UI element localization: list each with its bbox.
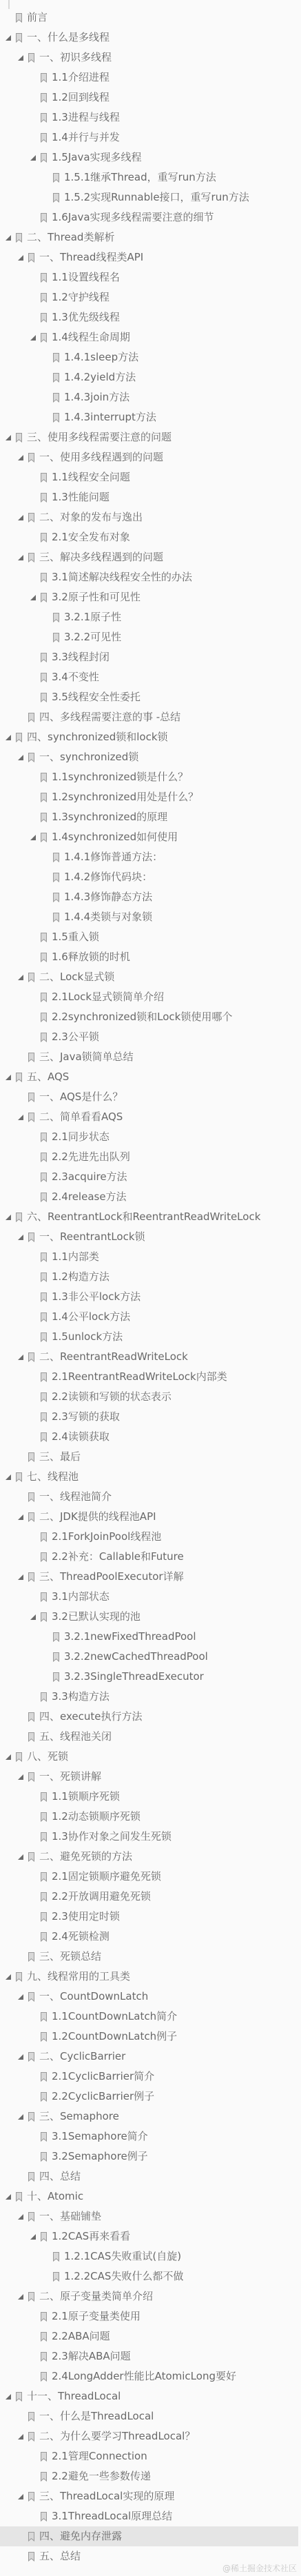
bookmark-item[interactable]: 1.2.1CAS失败重试(自旋) xyxy=(0,2247,298,2266)
bookmark-item[interactable]: 二、Lock显式锁 xyxy=(0,967,298,987)
bookmark-item[interactable]: 四、execute执行方法 xyxy=(0,1707,298,1727)
bookmark-label: 3.2.1newFixedThreadPool xyxy=(64,1627,196,1647)
expand-triangle-icon[interactable] xyxy=(30,2074,40,2080)
expand-triangle-icon[interactable] xyxy=(18,2054,28,2060)
expand-triangle-icon[interactable] xyxy=(43,2274,52,2280)
bookmark-item[interactable]: 1.3synchronized的原理 xyxy=(0,807,298,827)
bookmark-item[interactable]: 1.4.3修饰静态方法 xyxy=(0,887,298,907)
expand-triangle-icon[interactable] xyxy=(18,2554,28,2559)
bookmark-item[interactable]: 1.1CountDownLatch简介 xyxy=(0,2007,298,2027)
expand-triangle-icon[interactable] xyxy=(30,1375,40,1380)
expand-triangle-icon[interactable] xyxy=(18,1994,28,2000)
expand-triangle-icon[interactable] xyxy=(30,535,40,540)
expand-triangle-icon[interactable] xyxy=(18,1954,28,1960)
expand-triangle-icon[interactable] xyxy=(30,675,40,680)
expand-triangle-icon[interactable] xyxy=(43,915,52,920)
expand-triangle-icon[interactable] xyxy=(18,715,28,720)
bookmark-item[interactable]: 1.1锁顺序死锁 xyxy=(0,1787,298,1807)
bookmark-icon xyxy=(40,573,48,582)
expand-triangle-icon[interactable] xyxy=(30,695,40,700)
bookmark-item[interactable]: 2.1Lock显式锁简单介绍 xyxy=(0,987,298,1007)
bookmark-label: 3.1ThreadLocal原理总结 xyxy=(52,2506,172,2526)
expand-triangle-icon[interactable] xyxy=(43,875,52,880)
expand-triangle-icon[interactable] xyxy=(30,275,40,281)
expand-triangle-icon[interactable] xyxy=(18,515,28,520)
bookmark-icon xyxy=(40,333,48,343)
expand-triangle-icon[interactable] xyxy=(30,1694,40,1700)
bookmark-icon xyxy=(40,673,48,682)
bookmark-item[interactable]: 2.3公平锁 xyxy=(0,1027,298,1047)
bookmark-item[interactable]: 2.3acquire方法 xyxy=(0,1167,298,1187)
bookmark-label: 2.1同步状态 xyxy=(52,1127,110,1147)
expand-triangle-icon[interactable] xyxy=(30,995,40,1000)
bookmark-label: 四、多线程需要注意的事 -总结 xyxy=(39,707,180,727)
bookmark-item[interactable]: 二、Thread类解析 xyxy=(0,227,298,247)
expand-triangle-icon[interactable] xyxy=(18,1454,28,1460)
expand-triangle-icon[interactable] xyxy=(30,1135,40,1140)
bookmark-item[interactable]: 3.1ThreadLocal原理总结 xyxy=(0,2506,298,2526)
expand-triangle-icon[interactable] xyxy=(18,755,28,760)
bookmark-item[interactable]: 2.3写锁的获取 xyxy=(0,1407,298,1427)
expand-triangle-icon[interactable] xyxy=(30,1794,40,1800)
bookmark-item[interactable]: 一、线程池简介 xyxy=(0,1487,298,1507)
bookmark-item[interactable]: 2.1固定锁顺序避免死锁 xyxy=(0,1867,298,1887)
expand-triangle-icon[interactable] xyxy=(30,2374,40,2380)
expand-triangle-icon[interactable] xyxy=(18,55,28,61)
expand-triangle-icon[interactable] xyxy=(30,2034,40,2040)
bookmark-icon xyxy=(28,2052,35,2062)
expand-triangle-icon[interactable] xyxy=(30,1295,40,1300)
expand-triangle-icon[interactable] xyxy=(18,2494,28,2499)
expand-triangle-icon[interactable] xyxy=(30,1594,40,1600)
expand-triangle-icon[interactable] xyxy=(18,1494,28,1500)
expand-triangle-icon[interactable] xyxy=(43,615,52,620)
expand-triangle-icon[interactable] xyxy=(30,155,40,161)
expand-triangle-icon[interactable] xyxy=(30,1414,40,1420)
expand-triangle-icon[interactable] xyxy=(18,1734,28,1740)
bookmark-item[interactable]: 2.4LongAdder性能比AtomicLong要好 xyxy=(0,2366,298,2386)
bookmark-item[interactable]: 七、线程池 xyxy=(0,1467,298,1487)
expand-triangle-icon[interactable] xyxy=(43,855,52,860)
bookmark-item[interactable]: 1.5.2实现Runnable接口，重写run方法 xyxy=(0,187,298,207)
bookmark-item[interactable]: 1.4.1修饰普通方法： xyxy=(0,847,298,867)
bookmark-item[interactable]: 2.1ReentrantReadWriteLock内部类 xyxy=(0,1367,298,1387)
bookmark-item[interactable]: 一、synchronized锁 xyxy=(0,747,298,767)
expand-triangle-icon[interactable] xyxy=(6,235,15,241)
expand-triangle-icon[interactable] xyxy=(43,895,52,900)
expand-triangle-icon[interactable] xyxy=(18,1055,28,1060)
expand-triangle-icon[interactable] xyxy=(6,35,15,41)
bookmark-item[interactable]: 四、synchronized锁和lock锁 xyxy=(0,727,298,747)
bookmark-item[interactable]: 3.1内部状态 xyxy=(0,1587,298,1607)
bookmark-item[interactable]: 2.4release方法 xyxy=(0,1187,298,1207)
bookmark-item[interactable]: 九、线程常用的工具类 xyxy=(0,1967,298,1987)
bookmark-item[interactable]: 2.2先进先出队列 xyxy=(0,1147,298,1167)
bookmark-label: 1.2守护线程 xyxy=(52,287,110,307)
bookmark-item[interactable]: 3.4不变性 xyxy=(0,667,298,687)
expand-triangle-icon[interactable] xyxy=(6,2394,15,2400)
bookmark-item[interactable]: 1.5.1继承Thread，重写run方法 xyxy=(0,168,298,187)
bookmark-item[interactable]: 3.1简述解决线程安全性的办法 xyxy=(0,567,298,587)
bookmark-item[interactable]: 2.2读锁和写锁的状态表示 xyxy=(0,1387,298,1407)
expand-triangle-icon[interactable] xyxy=(30,2334,40,2340)
expand-triangle-icon[interactable] xyxy=(30,1315,40,1320)
bookmark-item[interactable]: 2.1原子变量类使用 xyxy=(0,2306,298,2326)
bookmark-item[interactable]: 2.3解决ABA问题 xyxy=(0,2346,298,2366)
bookmark-item[interactable]: 2.1ForkJoinPool线程池 xyxy=(0,1527,298,1547)
bookmark-item[interactable]: 1.2动态锁顺序死锁 xyxy=(0,1807,298,1827)
expand-triangle-icon[interactable] xyxy=(30,1834,40,1840)
bookmark-icon xyxy=(52,413,60,423)
bookmark-item[interactable]: 1.4线程生命周期 xyxy=(0,327,298,347)
bookmark-label: 2.3解决ABA问题 xyxy=(52,2346,131,2366)
expand-triangle-icon[interactable] xyxy=(18,2174,28,2180)
expand-triangle-icon[interactable] xyxy=(30,575,40,580)
expand-triangle-icon[interactable] xyxy=(18,2214,28,2220)
bookmark-icon xyxy=(28,53,35,63)
bookmark-label: 四、避免内存泄露 xyxy=(39,2526,122,2546)
expand-triangle-icon[interactable] xyxy=(6,735,15,740)
expand-triangle-icon[interactable] xyxy=(43,195,52,201)
bookmark-item[interactable]: 1.1synchronized锁是什么？ xyxy=(0,767,298,787)
expand-triangle-icon[interactable] xyxy=(30,795,40,800)
bookmark-item[interactable]: 1.1线程安全问题 xyxy=(0,467,298,487)
bookmark-item[interactable]: 2.1管理Connection xyxy=(0,2446,298,2466)
bookmark-item[interactable]: 3.2.3SingleThreadExecutor xyxy=(0,1667,298,1687)
bookmark-item[interactable]: 1.5unlock方法 xyxy=(0,1327,298,1347)
expand-triangle-icon[interactable] xyxy=(30,2094,40,2100)
bookmark-icon xyxy=(40,793,48,802)
expand-triangle-icon[interactable] xyxy=(18,2414,28,2420)
bookmark-item[interactable]: 1.2CAS再来看看 xyxy=(0,2227,298,2247)
bookmark-item[interactable]: 3.2.1newFixedThreadPool xyxy=(0,1627,298,1647)
expand-triangle-icon[interactable] xyxy=(43,2254,52,2260)
expand-triangle-icon[interactable] xyxy=(30,1534,40,1540)
expand-triangle-icon[interactable] xyxy=(43,415,52,420)
expand-triangle-icon[interactable] xyxy=(30,2314,40,2320)
bookmark-item[interactable]: 三、ThreadPoolExecutor详解 xyxy=(0,1567,298,1587)
bookmark-item[interactable]: 一、ReentrantLock锁 xyxy=(0,1227,298,1247)
bookmark-item[interactable]: 1.1内部类 xyxy=(0,1247,298,1267)
bookmark-item[interactable]: 三、ThreadLocal实现的原理 xyxy=(0,2486,298,2506)
expand-triangle-icon[interactable] xyxy=(18,975,28,980)
bookmark-item[interactable]: 二、JDK提供的线程池API xyxy=(0,1507,298,1527)
expand-triangle-icon[interactable] xyxy=(30,1894,40,1900)
bookmark-item[interactable]: 3.2.2newCachedThreadPool xyxy=(0,1647,298,1667)
bookmark-label: 1.2动态锁顺序死锁 xyxy=(52,1807,141,1827)
bookmark-item[interactable]: 二、避免死锁的方法 xyxy=(0,1847,298,1867)
bookmark-item[interactable]: 3.5线程安全性委托 xyxy=(0,687,298,707)
bookmark-item[interactable]: 二、简单看看AQS xyxy=(0,1107,298,1127)
bookmark-item[interactable]: 三、最后 xyxy=(0,1447,298,1467)
bookmark-item[interactable]: 二、为什么要学习ThreadLocal？ xyxy=(0,2426,298,2446)
bookmark-item[interactable]: 十一、ThreadLocal xyxy=(0,2386,298,2406)
expand-triangle-icon[interactable] xyxy=(6,1474,15,1480)
expand-triangle-icon[interactable] xyxy=(30,335,40,341)
bookmark-item[interactable]: 一、CountDownLatch xyxy=(0,1987,298,2007)
bookmark-label: 1.4.1sleep方法 xyxy=(64,347,138,367)
bookmark-item[interactable]: 1.4.2修饰代码块： xyxy=(0,867,298,887)
bookmark-item[interactable]: 3.2Semaphore例子 xyxy=(0,2147,298,2167)
expand-triangle-icon[interactable] xyxy=(18,1514,28,1520)
bookmark-item[interactable]: 2.2ABA问题 xyxy=(0,2326,298,2346)
bookmark-item[interactable]: 1.3优先级线程 xyxy=(0,307,298,327)
expand-triangle-icon[interactable] xyxy=(30,1914,40,1920)
expand-triangle-icon[interactable] xyxy=(43,355,52,361)
expand-triangle-icon[interactable] xyxy=(30,1275,40,1280)
expand-triangle-icon[interactable] xyxy=(30,315,40,321)
bookmark-item[interactable]: 3.2.2可见性 xyxy=(0,627,298,647)
bookmark-item[interactable]: 1.4.3interrupt方法 xyxy=(0,407,298,427)
expand-triangle-icon[interactable] xyxy=(30,115,40,121)
bookmark-item[interactable]: 2.2避免一些参数传递 xyxy=(0,2466,298,2486)
expand-triangle-icon[interactable] xyxy=(30,815,40,820)
bookmark-icon xyxy=(40,2132,48,2142)
bookmark-item[interactable]: 1.4并行与并发 xyxy=(0,128,298,148)
expand-triangle-icon[interactable] xyxy=(30,2454,40,2460)
bookmark-label: 1.4.2yield方法 xyxy=(64,367,136,387)
expand-triangle-icon[interactable] xyxy=(18,2534,28,2539)
bookmark-label: 1.5重入锁 xyxy=(52,927,99,947)
expand-triangle-icon[interactable] xyxy=(30,1874,40,1880)
watermark-text: @稀土掘金技术社区 xyxy=(222,2562,297,2574)
bookmark-item[interactable]: 六、ReentrantLock和ReentrantReadWriteLock xyxy=(0,1207,298,1227)
expand-triangle-icon[interactable] xyxy=(18,1574,28,1580)
bookmark-item[interactable]: 1.4.4类锁与对象锁 xyxy=(0,907,298,927)
bookmark-icon xyxy=(40,473,48,483)
bookmark-icon xyxy=(52,613,60,622)
bookmark-item[interactable]: 3.2原子性和可见性 xyxy=(0,587,298,607)
bookmark-item[interactable]: 1.1介绍进程 xyxy=(0,68,298,88)
bookmark-item[interactable]: 3.2.1原子性 xyxy=(0,607,298,627)
bookmark-item[interactable]: 一、AQS是什么？ xyxy=(0,1087,298,1107)
bookmark-item[interactable]: 1.4公平lock方法 xyxy=(0,1307,298,1327)
expand-triangle-icon[interactable] xyxy=(18,1774,28,1780)
expand-triangle-icon[interactable] xyxy=(30,595,40,600)
expand-triangle-icon[interactable] xyxy=(30,95,40,101)
bookmark-label: 2.1ForkJoinPool线程池 xyxy=(52,1527,161,1547)
expand-triangle-icon[interactable] xyxy=(30,2474,40,2479)
bookmark-label: 1.1内部类 xyxy=(52,1247,99,1267)
bookmark-item[interactable]: 三、解决多线程遇到的问题 xyxy=(0,547,298,567)
bookmark-item[interactable]: 1.5重入锁 xyxy=(0,927,298,947)
bookmark-item[interactable]: 1.4synchronized如何使用 xyxy=(0,827,298,847)
expand-triangle-icon[interactable] xyxy=(30,835,40,840)
bookmark-item[interactable]: 一、使用多线程遇到的问题 xyxy=(0,447,298,467)
expand-triangle-icon[interactable] xyxy=(43,1674,52,1680)
bookmark-icon xyxy=(40,2012,48,2022)
expand-triangle-icon[interactable] xyxy=(43,1654,52,1660)
bookmark-item[interactable]: 2.4死锁检测 xyxy=(0,1927,298,1947)
bookmark-item[interactable]: 2.1同步状态 xyxy=(0,1127,298,1147)
bookmark-item[interactable]: 3.2已默认实现的池 xyxy=(0,1607,298,1627)
bookmark-item[interactable]: 1.3性能问题 xyxy=(0,487,298,507)
expand-triangle-icon[interactable] xyxy=(18,1854,28,1860)
expand-triangle-icon[interactable] xyxy=(43,1634,52,1640)
expand-triangle-icon[interactable] xyxy=(18,455,28,460)
expand-triangle-icon[interactable] xyxy=(6,435,15,440)
expand-triangle-icon[interactable] xyxy=(30,935,40,940)
bookmark-item[interactable]: 十、Atomic xyxy=(0,2187,298,2207)
bookmark-item[interactable]: 四、避免内存泄露 xyxy=(0,2526,298,2546)
expand-triangle-icon[interactable] xyxy=(6,1075,15,1080)
expand-triangle-icon[interactable] xyxy=(30,2354,40,2360)
bookmark-item[interactable]: 2.2CyclicBarrier例子 xyxy=(0,2087,298,2107)
bookmark-item[interactable]: 1.4.3join方法 xyxy=(0,387,298,407)
bookmark-item[interactable]: 一、基础铺垫 xyxy=(0,2207,298,2227)
bookmark-icon xyxy=(40,1792,48,1802)
bookmark-item[interactable]: 1.2回到线程 xyxy=(0,88,298,108)
expand-triangle-icon[interactable] xyxy=(30,1335,40,1340)
bookmark-item[interactable]: 1.4.1sleep方法 xyxy=(0,347,298,367)
expand-triangle-icon[interactable] xyxy=(30,1175,40,1180)
expand-triangle-icon[interactable] xyxy=(30,775,40,780)
bookmark-label: 1.4.4类锁与对象锁 xyxy=(64,907,152,927)
expand-triangle-icon[interactable] xyxy=(6,2194,15,2200)
bookmark-icon xyxy=(28,513,35,523)
bookmark-label: 2.3使用定时锁 xyxy=(52,1907,120,1927)
expand-triangle-icon[interactable] xyxy=(30,135,40,141)
bookmark-item[interactable]: 一、什么是ThreadLocal xyxy=(0,2406,298,2426)
expand-triangle-icon[interactable] xyxy=(6,1974,15,1980)
bookmark-item[interactable]: 五、线程池关闭 xyxy=(0,1727,298,1747)
bookmark-item[interactable]: 二、ReentrantReadWriteLock xyxy=(0,1347,298,1367)
expand-triangle-icon[interactable] xyxy=(43,175,52,181)
bookmark-item[interactable]: 二、对象的发布与逸出 xyxy=(0,507,298,527)
bookmark-icon xyxy=(40,1173,48,1182)
bookmark-icon xyxy=(52,893,60,902)
expand-triangle-icon[interactable] xyxy=(6,1215,15,1220)
bookmark-item[interactable]: 前言 xyxy=(0,8,298,28)
bookmark-item[interactable]: 2.4读锁获取 xyxy=(0,1427,298,1447)
expand-triangle-icon[interactable] xyxy=(30,1434,40,1440)
expand-triangle-icon[interactable] xyxy=(30,1395,40,1400)
bookmark-item[interactable]: 1.2.2CAS失败什么都不做 xyxy=(0,2266,298,2286)
bookmark-item[interactable]: 2.2synchronized锁和Lock锁使用哪个 xyxy=(0,1007,298,1027)
expand-triangle-icon[interactable] xyxy=(30,1035,40,1040)
bookmark-item[interactable]: 八、死锁 xyxy=(0,1747,298,1767)
expand-triangle-icon[interactable] xyxy=(30,1934,40,1940)
bookmark-icon xyxy=(40,653,48,662)
expand-triangle-icon[interactable] xyxy=(30,2154,40,2160)
bookmark-icon xyxy=(40,2092,48,2102)
bookmark-icon xyxy=(40,133,48,143)
expand-triangle-icon[interactable] xyxy=(30,2234,40,2240)
bookmark-item[interactable]: 3.3线程封闭 xyxy=(0,647,298,667)
expand-triangle-icon[interactable] xyxy=(43,395,52,400)
bookmark-item[interactable]: 五、AQS xyxy=(0,1067,298,1087)
expand-triangle-icon[interactable] xyxy=(30,655,40,660)
bookmark-item[interactable]: 1.3进程与线程 xyxy=(0,108,298,128)
expand-triangle-icon[interactable] xyxy=(30,1614,40,1620)
expand-triangle-icon[interactable] xyxy=(30,2514,40,2519)
bookmark-item[interactable]: 1.3非公平lock方法 xyxy=(0,1287,298,1307)
bookmark-icon xyxy=(28,2412,35,2422)
expand-triangle-icon[interactable] xyxy=(30,475,40,480)
bookmark-item[interactable]: 一、Thread线程类API xyxy=(0,247,298,267)
expand-triangle-icon[interactable] xyxy=(18,1355,28,1360)
bookmark-item[interactable]: 一、初识多线程 xyxy=(0,48,298,68)
bookmark-item[interactable]: 1.2构造方法 xyxy=(0,1267,298,1287)
bookmark-item[interactable]: 一、死锁讲解 xyxy=(0,1767,298,1787)
expand-triangle-icon[interactable] xyxy=(43,635,52,640)
expand-triangle-icon[interactable] xyxy=(18,1115,28,1120)
bookmark-item[interactable]: 1.5Java实现多线程 xyxy=(0,148,298,168)
bookmark-item[interactable]: 1.2守护线程 xyxy=(0,287,298,307)
expand-triangle-icon[interactable] xyxy=(30,1155,40,1160)
expand-triangle-icon[interactable] xyxy=(30,2134,40,2140)
bookmark-icon xyxy=(28,253,35,263)
expand-triangle-icon[interactable] xyxy=(30,1814,40,1820)
bookmark-item[interactable]: 四、总结 xyxy=(0,2167,298,2187)
expand-triangle-icon[interactable] xyxy=(18,1235,28,1240)
expand-triangle-icon[interactable] xyxy=(30,2014,40,2020)
bookmark-icon xyxy=(40,693,48,702)
bookmark-item[interactable]: 三、死锁总结 xyxy=(0,1947,298,1967)
bookmark-item[interactable]: 1.6Java实现多线程需要注意的细节 xyxy=(0,207,298,227)
bookmark-item[interactable]: 一、什么是多线程 xyxy=(0,28,298,48)
bookmark-item[interactable]: 1.1设置线程名 xyxy=(0,267,298,287)
expand-triangle-icon[interactable] xyxy=(30,1255,40,1260)
expand-triangle-icon[interactable] xyxy=(30,295,40,301)
bookmark-label: 一、初识多线程 xyxy=(39,48,112,68)
bookmark-item[interactable]: 二、CyclicBarrier xyxy=(0,2047,298,2067)
expand-triangle-icon[interactable] xyxy=(6,1754,15,1760)
expand-triangle-icon[interactable] xyxy=(30,1554,40,1560)
bookmark-item[interactable]: 三、Semaphore xyxy=(0,2107,298,2127)
expand-triangle-icon[interactable] xyxy=(30,495,40,500)
expand-triangle-icon[interactable] xyxy=(18,2294,28,2300)
bookmark-item[interactable]: 3.1Semaphore简介 xyxy=(0,2127,298,2147)
expand-triangle-icon[interactable] xyxy=(30,955,40,960)
expand-triangle-icon[interactable] xyxy=(30,75,40,81)
bookmark-item[interactable]: 2.1CyclicBarrier简介 xyxy=(0,2067,298,2087)
bookmark-item[interactable]: 2.2开放调用避免死锁 xyxy=(0,1887,298,1907)
bookmark-label: 四、synchronized锁和lock锁 xyxy=(27,727,168,747)
bookmark-item[interactable]: 2.3使用定时锁 xyxy=(0,1907,298,1927)
bookmark-item[interactable]: 四、多线程需要注意的事 -总结 xyxy=(0,707,298,727)
bookmark-item[interactable]: 1.3协作对象之间发生死锁 xyxy=(0,1827,298,1847)
expand-triangle-icon[interactable] xyxy=(30,1195,40,1200)
bookmark-item[interactable]: 1.2CountDownLatch例子 xyxy=(0,2027,298,2047)
bookmark-label: 九、线程常用的工具类 xyxy=(27,1967,130,1987)
bookmark-item[interactable]: 2.1安全发布对象 xyxy=(0,527,298,547)
bookmark-item[interactable]: 三、Java锁简单总结 xyxy=(0,1047,298,1067)
expand-triangle-icon[interactable] xyxy=(18,1714,28,1720)
bookmark-icon xyxy=(28,2492,35,2502)
bookmark-icon xyxy=(40,833,48,842)
bookmark-item[interactable]: 1.6释放锁的时机 xyxy=(0,947,298,967)
expand-triangle-icon[interactable] xyxy=(30,1015,40,1020)
expand-triangle-icon[interactable] xyxy=(30,215,40,221)
bookmark-item[interactable]: 1.2synchronized用处是什么？ xyxy=(0,787,298,807)
bookmark-item[interactable]: 3.3构造方法 xyxy=(0,1687,298,1707)
bookmark-item[interactable]: 二、原子变量类简单介绍 xyxy=(0,2286,298,2306)
bookmark-label: 2.2开放调用避免死锁 xyxy=(52,1887,151,1907)
bookmark-label: 2.1管理Connection xyxy=(52,2446,147,2466)
expand-triangle-icon[interactable] xyxy=(18,2434,28,2440)
expand-triangle-icon[interactable] xyxy=(18,555,28,560)
expand-triangle-icon[interactable] xyxy=(43,375,52,381)
expand-triangle-icon[interactable] xyxy=(6,15,15,21)
bookmark-item[interactable]: 1.4.2yield方法 xyxy=(0,367,298,387)
bookmark-item[interactable]: 2.2补充：Callable和Future xyxy=(0,1547,298,1567)
bookmark-item[interactable]: 三、使用多线程需要注意的问题 xyxy=(0,427,298,447)
expand-triangle-icon[interactable] xyxy=(18,1095,28,1100)
expand-triangle-icon[interactable] xyxy=(18,2114,28,2120)
expand-triangle-icon[interactable] xyxy=(18,255,28,261)
bookmark-label: 四、总结 xyxy=(39,2167,81,2187)
